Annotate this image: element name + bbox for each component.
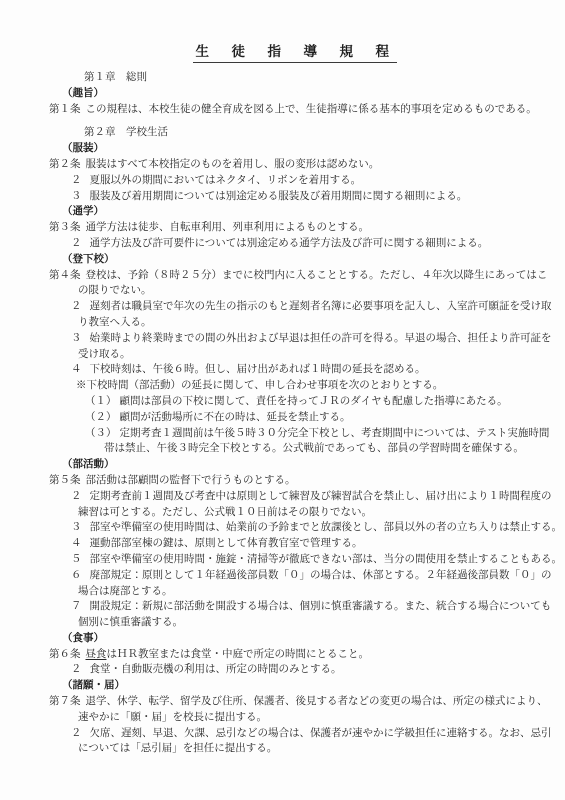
doc-line-section: （部活動） [0,457,565,473]
doc-line-item: ５部室や準備室の使用時間・施錠・清掃等が徹底できない部は、当分の間使用を禁止する… [0,552,565,568]
doc-line-section: （諸願・届） [0,678,565,694]
line-text: （部活動） [62,459,115,470]
doc-line-article: 第１条この規程は、本校生徒の健全育成を図る上で、生徒指導に係る基本的事項を定める… [0,102,565,118]
line-text: 個別に慎重審議する。 [78,617,183,628]
line-text: 開設規定：新規に部活動を開設する場合は、個別に慎重審議する。また、統合する場合に… [90,601,552,612]
item-number: ２ [71,728,82,739]
line-text: （食事） [62,633,104,644]
article-number: 第７条 [49,696,81,707]
line-text: 廃部規定：原則として１年経過後部員数「０」の場合は、休部とする。２年経過後部員数… [90,570,552,581]
line-text: 始業時より終業時までの間の外出および早退は担任の許可を得る。早退の場合、担任より… [90,333,552,344]
article-number: 第２条 [49,159,81,170]
item-number: ３ [71,522,82,533]
item-number: ３ [71,191,82,202]
item-number: ５ [71,554,82,565]
line-text: り教室へ入る。 [78,317,152,328]
line-text: 服装はすべて本校指定のものを着用し、服の変形は認めない。 [86,159,380,170]
article-number: 第５条 [49,475,81,486]
doc-line-pcont: 帯は禁止、午後３時完全下校とする。公式戦前であっても、部員の学習時間を確保する。 [0,441,565,457]
item-number: ２ [71,301,82,312]
doc-line-cont: については「忌引届」を担任に提出する。 [0,741,565,757]
doc-line-cont: 速やかに「願・届」を校長に提出する。 [0,710,565,726]
doc-line-cont: 受け取る。 [0,347,565,363]
line-text: については「忌引届」を担任に提出する。 [78,743,277,754]
line-text: （服装） [62,143,104,154]
line-text: の限りでない。 [78,285,152,296]
line-text: 帯は禁止、午後３時完全下校とする。公式戦前であっても、部員の学習時間を確保する。 [104,443,524,454]
doc-line-article: 第２条服装はすべて本校指定のものを着用し、服の変形は認めない。 [0,157,565,173]
doc-line-item: ２欠席、遅刻、早退、欠課、忌引などの場合は、保護者が速やかに学級担任に連絡する。… [0,726,565,742]
item-number: ４ [71,538,82,549]
line-text: 登校は、予鈴（８時２５分）までに校門内に入ることとする。ただし、４年次以降生にあ… [86,270,548,281]
item-number: ３ [71,333,82,344]
doc-line-section: （登下校） [0,252,565,268]
doc-line-section: （通学） [0,204,565,220]
item-number: ７ [71,601,82,612]
article-number: 第４条 [49,270,81,281]
item-number: （１） [85,396,117,407]
article-number: 第１条 [49,104,81,115]
doc-line-article: 第７条退学、休学、転学、留学及び住所、保護者、後見する者などの変更の場合は、所定… [0,694,565,710]
doc-line-item: ３始業時より終業時までの間の外出および早退は担任の許可を得る。早退の場合、担任よ… [0,331,565,347]
item-number: ６ [71,570,82,581]
line-text: 欠席、遅刻、早退、欠課、忌引などの場合は、保護者が速やかに学級担任に連絡する。な… [90,728,552,739]
doc-line-item: ６廃部規定：原則として１年経過後部員数「０」の場合は、休部とする。２年経過後部員… [0,568,565,584]
doc-line-chapter: 第２章 学校生活 [0,125,565,141]
line-text: （趣旨） [62,88,104,99]
doc-line-cont: 個別に慎重審議する。 [0,615,565,631]
line-text: 定期考査１週間前は午後５時３０分完全下校とし、考査期間中については、テスト実施時… [120,428,550,439]
article-number: 第３条 [49,222,81,233]
line-text: 部室や準備室の使用時間は、始業前の予鈴までと放課後とし、部員以外の者の立ち入りは… [90,522,563,533]
doc-line-cont: り教室へ入る。 [0,315,565,331]
doc-line-article: 第４条登校は、予鈴（８時２５分）までに校門内に入ることとする。ただし、４年次以降… [0,268,565,284]
line-text: 第１章 総則 [84,72,147,83]
line-text: 通学方法及び許可要件については別途定める通学方法及び許可に関する細則による。 [90,238,489,249]
doc-line-item: ２遅刻者は職員室で年次の先生の指示のもと遅刻者名簿に必要事項を記入し、入室許可願… [0,299,565,315]
line-text: 受け取る。 [78,349,131,360]
doc-line-section: （食事） [0,631,565,647]
line-text: 運動部部室棟の鍵は、原則として体育教官室で管理する。 [90,538,363,549]
doc-line-section: （服装） [0,141,565,157]
line-text: 食堂・自動販売機の利用は、所定の時間のみとする。 [90,664,342,675]
doc-line-note: ※下校時間（部活動）の延長に関して、申し合わせ事項を次のとおりとする。 [0,378,565,394]
line-text: 第２章 学校生活 [84,127,168,138]
doc-line-cont: 練習は可とする。ただし、公式戦１０日前はその限りでない。 [0,505,565,521]
doc-line-item: ２夏服以外の期間においてはネクタイ、リボンを着用する。 [0,173,565,189]
doc-line-cont: 場合は廃部とする。 [0,584,565,600]
document-page: 生 徒 指 導 規 程 第１章 総則（趣旨）第１条この規程は、本校生徒の健全育成… [0,0,565,800]
doc-line-item: ２通学方法及び許可要件については別途定める通学方法及び許可に関する細則による。 [0,236,565,252]
line-text: 定期考査前１週間及び考査中は原則として練習及び練習試合を禁止し、届け出により１時… [90,491,552,502]
doc-line-pitem: （３）定期考査１週間前は午後５時３０分完全下校とし、考査期間中については、テスト… [0,426,565,442]
item-number: ４ [71,364,82,375]
doc-line-item: ７開設規定：新規に部活動を開設する場合は、個別に慎重審議する。また、統合する場合… [0,599,565,615]
item-number: （２） [85,412,117,423]
line-text: 部室や準備室の使用時間・施錠・清掃等が徹底できない部は、当分の間使用を禁止するこ… [90,554,563,565]
line-text: 遅刻者は職員室で年次の先生の指示のもと遅刻者名簿に必要事項を記入し、入室許可願証… [90,301,552,312]
doc-line-item: ２定期考査前１週間及び考査中は原則として練習及び練習試合を禁止し、届け出により１… [0,489,565,505]
doc-line-item: ２食堂・自動販売機の利用は、所定の時間のみとする。 [0,662,565,678]
line-text: 部活動は部顧問の監督下で行うものとする。 [86,475,296,486]
item-number: ２ [71,238,82,249]
underlined-text: 昼食 [86,649,107,660]
doc-line-pitem: （２）顧問が活動場所に不在の時は、延長を禁止する。 [0,410,565,426]
line-text: はＨＲ教室または食堂・中庭で所定の時間にとること。 [107,649,370,660]
doc-line-item: ４下校時刻は、午後６時。但し、届け出があれば１時間の延長を認める。 [0,362,565,378]
line-text: 場合は廃部とする。 [78,586,173,597]
line-text: 練習は可とする。ただし、公式戦１０日前はその限りでない。 [78,507,372,518]
line-text: （通学） [62,206,104,217]
doc-line-pitem: （１）顧問は部員の下校に関して、責任を持ってＪＲのダイヤも配慮した指導にあたる。 [0,394,565,410]
line-text: 夏服以外の期間においてはネクタイ、リボンを着用する。 [90,175,362,186]
line-text: 服装及び着用期間については別途定める服装及び着用期間に関する細則による。 [90,191,468,202]
line-text: この規程は、本校生徒の健全育成を図る上で、生徒指導に係る基本的事項を定めるもので… [86,104,537,115]
document-title: 生 徒 指 導 規 程 [193,40,397,63]
doc-line-item: ４運動部部室棟の鍵は、原則として体育教官室で管理する。 [0,536,565,552]
line-text: 下校時刻は、午後６時。但し、届け出があれば１時間の延長を認める。 [90,364,426,375]
line-text: 速やかに「願・届」を校長に提出する。 [78,712,267,723]
line-text: （諸願・届） [62,680,125,691]
line-text: 顧問が活動場所に不在の時は、延長を禁止する。 [120,412,351,423]
article-number: 第６条 [49,649,81,660]
item-number: ２ [71,491,82,502]
item-number: （３） [85,428,117,439]
line-text: （登下校） [62,254,115,265]
doc-line-cont: の限りでない。 [0,283,565,299]
item-number: ２ [71,664,82,675]
item-number: ２ [71,175,82,186]
doc-line-section: （趣旨） [0,86,565,102]
doc-line-chapter: 第１章 総則 [0,70,565,86]
doc-line-item: ３服装及び着用期間については別途定める服装及び着用期間に関する細則による。 [0,189,565,205]
document-title-row: 生 徒 指 導 規 程 [0,40,565,62]
line-text: 顧問は部員の下校に関して、責任を持ってＪＲのダイヤも配慮した指導にあたる。 [120,396,508,407]
doc-line-article: 第５条部活動は部顧問の監督下で行うものとする。 [0,473,565,489]
doc-line-item: ３部室や準備室の使用時間は、始業前の予鈴までと放課後とし、部員以外の者の立ち入り… [0,520,565,536]
doc-line-article: 第６条昼食はＨＲ教室または食堂・中庭で所定の時間にとること。 [0,647,565,663]
doc-line-article: 第３条通学方法は徒歩、自転車利用、列車利用によるものとする。 [0,220,565,236]
line-text: 退学、休学、転学、留学及び住所、保護者、後見する者などの変更の場合は、所定の様式… [86,696,548,707]
document-body: 第１章 総則（趣旨）第１条この規程は、本校生徒の健全育成を図る上で、生徒指導に係… [0,70,565,757]
line-text: 通学方法は徒歩、自転車利用、列車利用によるものとする。 [86,222,370,233]
line-text: ※下校時間（部活動）の延長に関して、申し合わせ事項を次のとおりとする。 [76,380,443,391]
